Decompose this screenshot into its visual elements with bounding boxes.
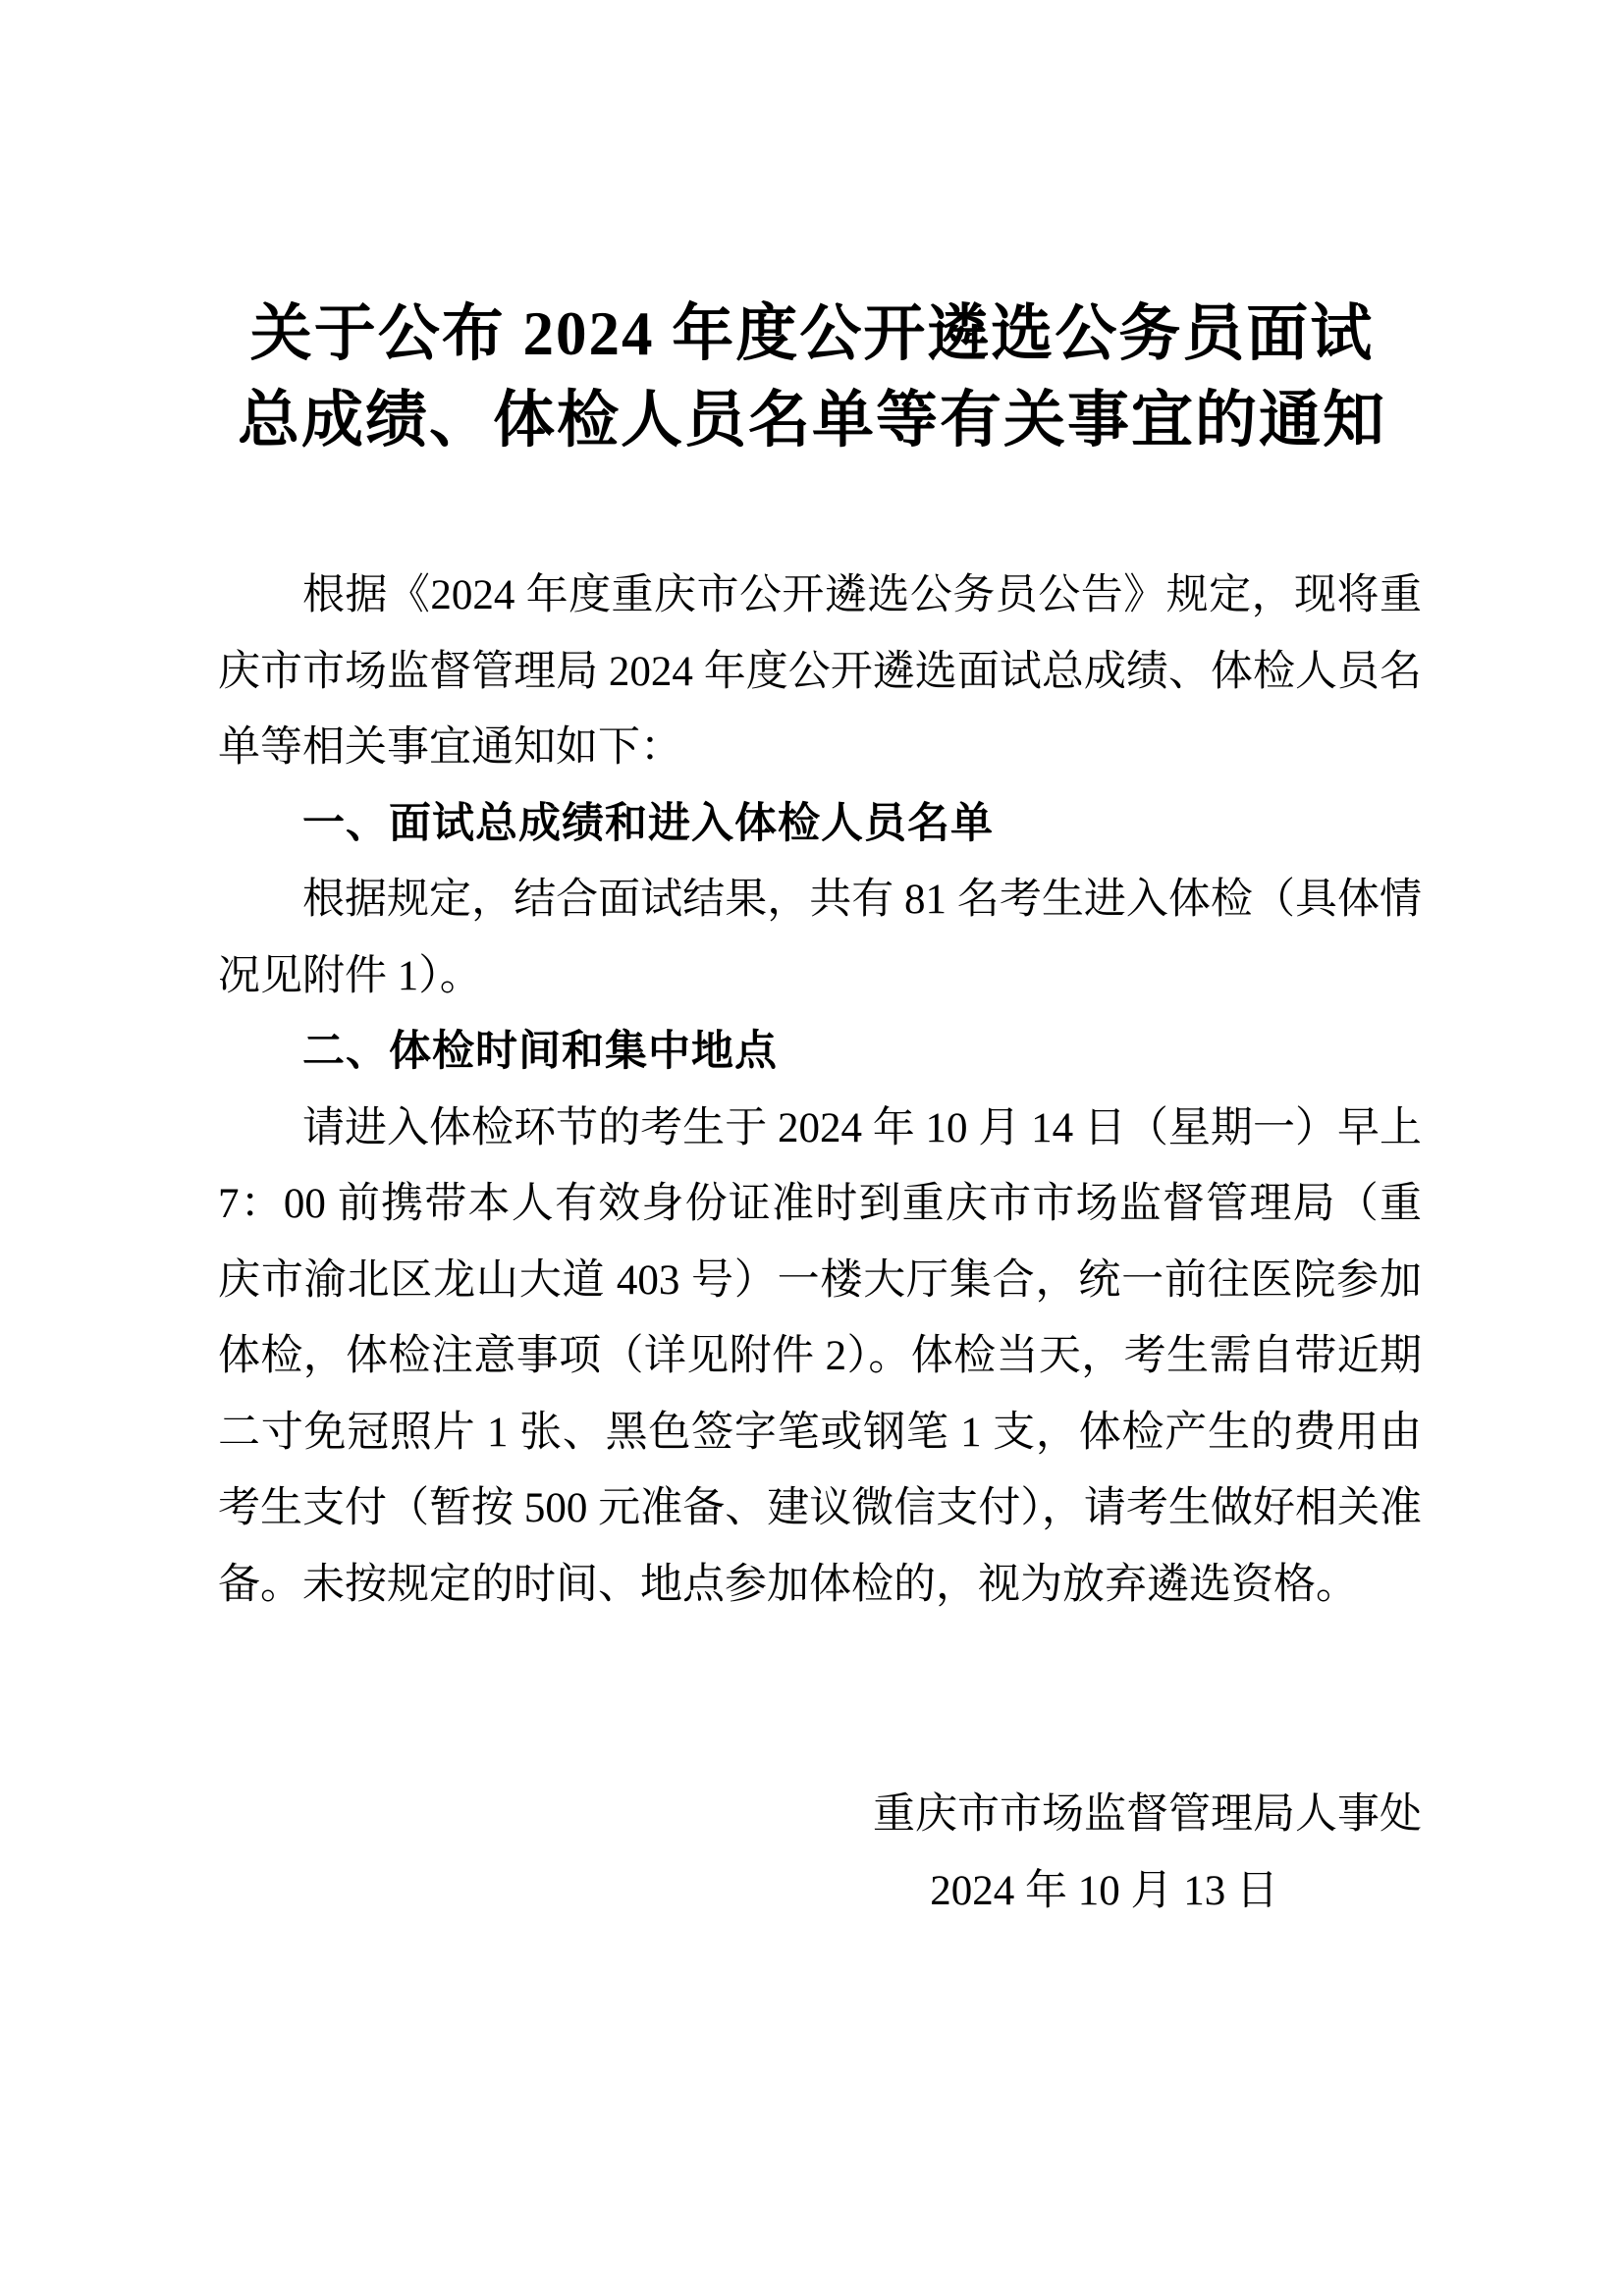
- paragraph: 根据《2024 年度重庆市公开遴选公务员公告》规定，现将重庆市市场监督管理局 2…: [218, 558, 1422, 786]
- signature-block: 重庆市市场监督管理局人事处 2024 年 10 月 13 日: [0, 1777, 1624, 1929]
- section-heading: 二、体检时间和集中地点: [218, 1014, 1422, 1091]
- signature-date: 2024 年 10 月 13 日: [0, 1853, 1624, 1930]
- paragraph: 根据规定，结合面试结果，共有 81 名考生进入体检（具体情况见附件 1）。: [218, 862, 1422, 1014]
- section-heading: 一、面试总成绩和进入体检人员名单: [218, 786, 1422, 863]
- paragraph: 请进入体检环节的考生于 2024 年 10 月 14 日（星期一）早上 7：00…: [218, 1091, 1422, 1624]
- signature-org: 重庆市市场监督管理局人事处: [0, 1777, 1624, 1853]
- document-page: 关于公布 2024 年度公开遴选公务员面试 总成绩、体检人员名单等有关事宜的通知…: [0, 0, 1624, 2296]
- title-line-2: 总成绩、体检人员名单等有关事宜的通知: [128, 377, 1496, 463]
- title-line-1: 关于公布 2024 年度公开遴选公务员面试: [128, 291, 1496, 377]
- document-body: 根据《2024 年度重庆市公开遴选公务员公告》规定，现将重庆市市场监督管理局 2…: [0, 558, 1624, 1623]
- document-title: 关于公布 2024 年度公开遴选公务员面试 总成绩、体检人员名单等有关事宜的通知: [0, 0, 1624, 463]
